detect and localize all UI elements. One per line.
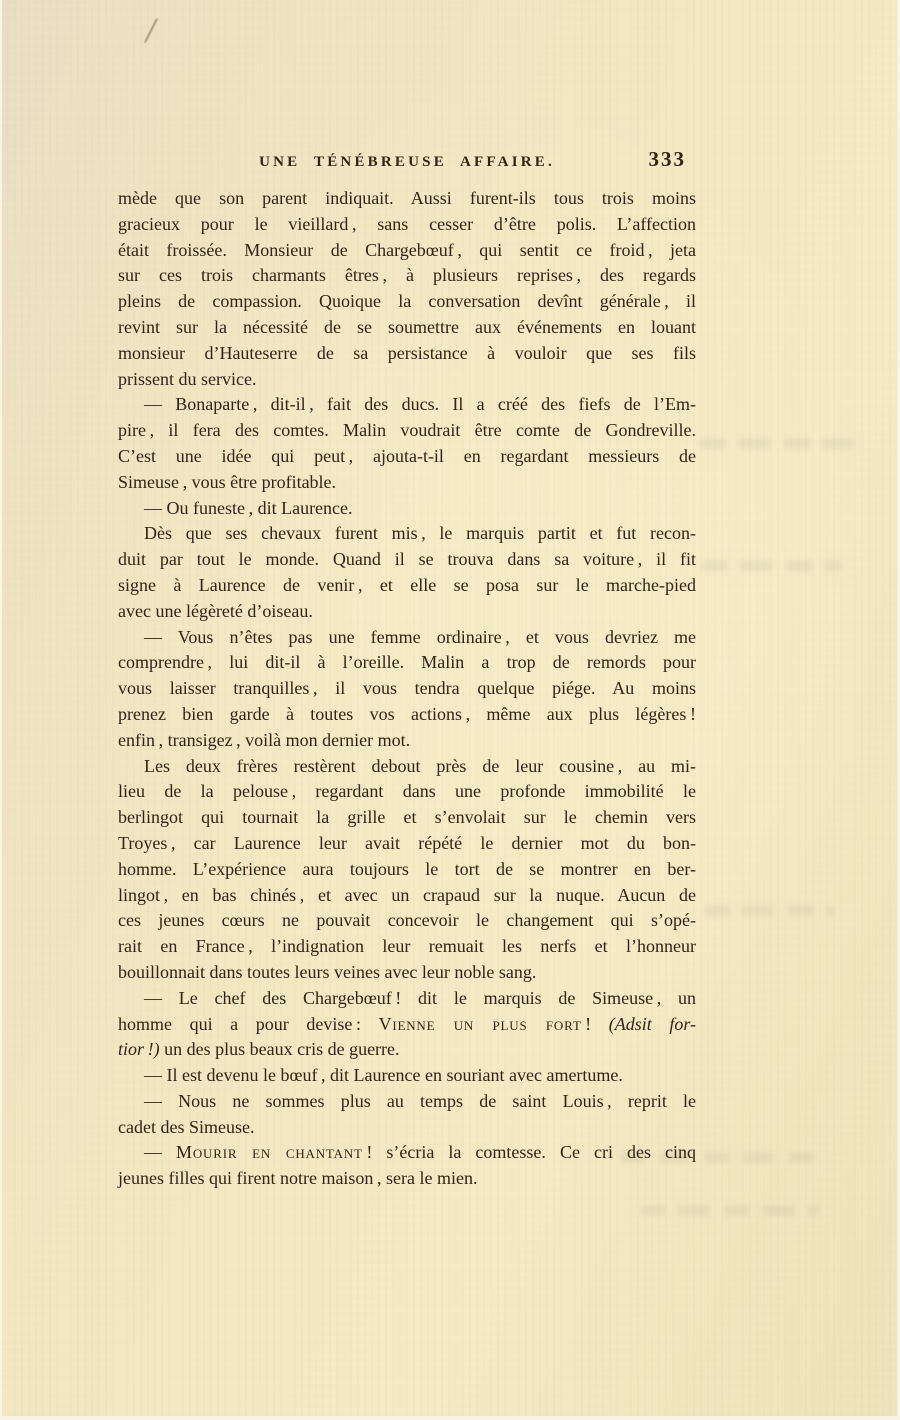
text-line: Simeuse , vous être profitable. [118,470,696,496]
text-segment: — Ou funeste , dit Laurence. [144,498,353,518]
text-segment: — Il est devenu le bœuf , dit Laurence e… [144,1065,623,1085]
text-line: avec une légèreté d’oiseau. [118,599,696,625]
text-line: vous laisser tranquilles , il vous tendr… [118,676,696,702]
text-line: — Bonaparte , dit-il , fait des ducs. Il… [118,392,696,418]
text-line: — Nous ne sommes plus au temps de saint … [118,1089,696,1115]
text-segment: revint sur la nécessité de se soumettre … [118,317,696,337]
ink-bleedthrough [700,438,855,449]
text-line: mède que son parent indiquait. Aussi fur… [118,186,696,212]
text-segment: rait en France , l’indignation leur remu… [118,936,696,956]
text-line: lingot , en bas chinés , et avec un crap… [118,883,696,909]
text-line: monsieur d’Hauteserre de sa persistance … [118,341,696,367]
text-segment: avec une légèreté d’oiseau. [118,601,313,621]
small-caps-text: Mourir en chantant [176,1142,363,1162]
text-line: signe à Laurence de venir , et elle se p… [118,573,696,599]
ink-bleedthrough [704,905,834,916]
text-segment: prenez bien garde à toutes vos actions ,… [118,704,696,724]
text-segment: — [144,1142,176,1162]
ink-bleedthrough [702,560,842,571]
text-line: berlingot qui tournait la grille et s’en… [118,805,696,831]
text-segment: prissent du service. [118,369,256,389]
text-line: — Il est devenu le bœuf , dit Laurence e… [118,1063,696,1089]
text-line: revint sur la nécessité de se soumettre … [118,315,696,341]
text-line: — Le chef des Chargebœuf ! dit le marqui… [118,986,696,1012]
text-segment: — Vous n’êtes pas une femme ordinaire , … [144,627,696,647]
text-line: Troyes , car Laurence leur avait répété … [118,831,696,857]
text-segment: lieu de la pelouse , regardant dans une … [118,781,696,801]
text-line: C’est une idée qui peut , ajouta-t-il en… [118,444,696,470]
text-line: tior !) un des plus beaux cris de guerre… [118,1037,696,1063]
ink-bleedthrough [640,1205,820,1216]
text-line: pleins de compassion. Quoique la convers… [118,289,696,315]
text-segment: pleins de compassion. Quoique la convers… [118,291,696,311]
text-segment: lingot , en bas chinés , et avec un crap… [118,885,696,905]
text-line: gracieux pour le vieillard , sans cesser… [118,212,696,238]
text-line: lieu de la pelouse , regardant dans une … [118,779,696,805]
text-line: sur ces trois charmants êtres , à plusie… [118,263,696,289]
text-segment: un des plus beaux cris de guerre. [160,1039,400,1059]
small-caps-text: Vienne un plus fort [379,1014,582,1034]
italic-text: tior !) [118,1039,160,1059]
text-segment: — Le chef des Chargebœuf ! dit le marqui… [144,988,696,1008]
text-line: homme. L’expérience aura toujours le tor… [118,857,696,883]
book-page-scan: UNE TÉNÉBREUSE AFFAIRE. 333 mède que son… [0,0,900,1420]
text-segment: berlingot qui tournait la grille et s’en… [118,807,696,827]
scan-scratch-mark [144,18,158,43]
text-segment: duit par tout le monde. Quand il se trou… [118,549,696,569]
text-segment: enfin , transigez , voilà mon dernier mo… [118,730,410,750]
text-segment: cadet des Simeuse. [118,1117,254,1137]
text-segment: ces jeunes cœurs ne pouvait concevoir le… [118,910,696,930]
text-line: — Vous n’êtes pas une femme ordinaire , … [118,625,696,651]
text-line: était froissée. Monsieur de Chargebœuf ,… [118,238,696,264]
scan-edge-left [0,0,2,1420]
text-segment: gracieux pour le vieillard , sans cesser… [118,214,696,234]
text-segment: — Bonaparte , dit-il , fait des ducs. Il… [144,394,696,414]
text-segment: ! s’écria la comtesse. Ce cri des cinq [363,1142,696,1162]
page-text: mède que son parent indiquait. Aussi fur… [118,186,696,1192]
text-segment: monsieur d’Hauteserre de sa persistance … [118,343,696,363]
page-number: 333 [649,147,687,171]
text-segment: Les deux frères restèrent debout près de… [144,756,696,776]
text-segment: vous laisser tranquilles , il vous tendr… [118,678,696,698]
text-segment: pire , il fera des comtes. Malin voudrai… [118,420,696,440]
text-segment: mède que son parent indiquait. Aussi fur… [118,188,696,208]
text-line: rait en France , l’indignation leur remu… [118,934,696,960]
text-segment: Simeuse , vous être profitable. [118,472,336,492]
text-segment: ! [582,1014,609,1034]
text-segment: homme qui a pour devise : [118,1014,379,1034]
text-line: cadet des Simeuse. [118,1115,696,1141]
text-line: homme qui a pour devise : Vienne un plus… [118,1012,696,1038]
text-line: Dès que ses chevaux furent mis , le marq… [118,521,696,547]
text-line: jeunes filles qui firent notre maison , … [118,1166,696,1192]
text-segment: comprendre , lui dit-il à l’oreille. Mal… [118,652,696,672]
text-segment: jeunes filles qui firent notre maison , … [118,1168,478,1188]
text-line: — Mourir en chantant ! s’écria la comtes… [118,1140,696,1166]
text-segment: Troyes , car Laurence leur avait répété … [118,833,696,853]
text-segment: C’est une idée qui peut , ajouta-t-il en… [118,446,696,466]
text-line: prenez bien garde à toutes vos actions ,… [118,702,696,728]
text-line: ces jeunes cœurs ne pouvait concevoir le… [118,908,696,934]
text-segment: homme. L’expérience aura toujours le tor… [118,859,696,879]
text-line: pire , il fera des comtes. Malin voudrai… [118,418,696,444]
text-line: duit par tout le monde. Quand il se trou… [118,547,696,573]
text-line: — Ou funeste , dit Laurence. [118,496,696,522]
text-line: Les deux frères restèrent debout près de… [118,754,696,780]
text-segment: Dès que ses chevaux furent mis , le marq… [144,523,696,543]
italic-text: (Adsit for- [609,1014,696,1034]
scan-edge-bottom [0,1416,900,1420]
text-segment: sur ces trois charmants êtres , à plusie… [118,265,696,285]
running-header: UNE TÉNÉBREUSE AFFAIRE. 333 [118,150,696,174]
text-segment: — Nous ne sommes plus au temps de saint … [144,1091,696,1111]
text-line: prissent du service. [118,367,696,393]
text-line: comprendre , lui dit-il à l’oreille. Mal… [118,650,696,676]
text-segment: signe à Laurence de venir , et elle se p… [118,575,696,595]
running-header-title: UNE TÉNÉBREUSE AFFAIRE. [259,150,555,174]
text-line: enfin , transigez , voilà mon dernier mo… [118,728,696,754]
text-line: bouillonnait dans toutes leurs veines av… [118,960,696,986]
text-segment: bouillonnait dans toutes leurs veines av… [118,962,536,982]
text-segment: était froissée. Monsieur de Chargebœuf ,… [118,240,696,260]
